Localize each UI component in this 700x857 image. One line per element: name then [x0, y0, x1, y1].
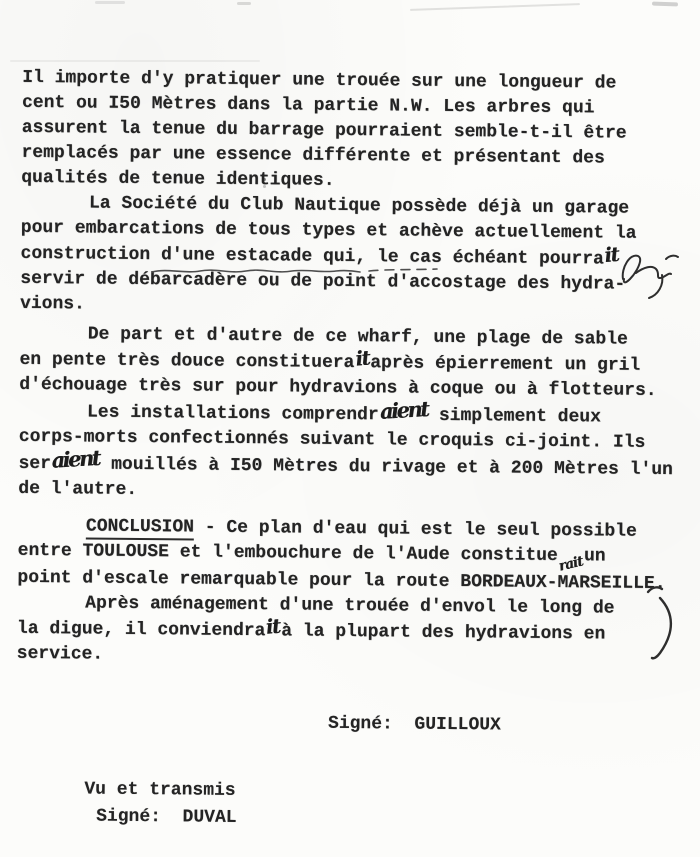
typed-text: qualités de tenue identiques. [21, 168, 334, 191]
typed-text: d'échouage très sur pour hydravions à co… [19, 375, 656, 401]
typed-text: vions. [20, 294, 85, 315]
typed-text: cent ou I50 Mètres dans la partie N.W. L… [22, 93, 595, 118]
typed-text: à la plupart des hydravions en [281, 621, 605, 644]
typed-text-layer: Il importe d'y pratiquer une trouée sur … [0, 0, 700, 857]
scan-artifact [10, 60, 260, 62]
typed-text: Il importe d'y pratiquer une trouée sur … [22, 68, 616, 94]
signature-duval: Signé: DUVAL [96, 805, 237, 831]
signature-guilloux: Signé: GUILLOUX [328, 712, 501, 739]
typed-text: Après aménagement d'une trouée d'envol l… [85, 593, 614, 618]
typed-text: de l'autre. [18, 479, 137, 500]
paragraph: CONCLUSION - Ce plan d'eau qui est le se… [17, 514, 695, 597]
typed-text: assurent la tenue du barrage pourraient … [22, 118, 627, 144]
scan-artifact [652, 2, 678, 7]
paragraph: Il importe d'y pratiquer une trouée sur … [21, 66, 699, 197]
transmittal-note: Vu et transmis [84, 777, 235, 803]
typed-text: un [584, 546, 606, 566]
paragraph: La Société du Club Nautique possède déjà… [20, 191, 698, 323]
underlined-heading: CONCLUSION [86, 516, 194, 540]
typed-text: la digue, il conviendra [17, 619, 266, 641]
typed-text: service. [17, 644, 104, 665]
handwritten-underline-mark [150, 264, 440, 278]
handwritten-margin-note [618, 246, 680, 300]
scan-artifact [237, 2, 251, 5]
body-text: Il importe d'y pratiquer une trouée sur … [17, 66, 700, 673]
handwritten-insertion: it [265, 616, 281, 637]
typed-text: après épierrement un gril [370, 353, 640, 376]
paragraph: Les installations comprendraient simplem… [18, 398, 696, 508]
typed-text: - Ce plan d'eau qui est le seul possible [194, 518, 637, 542]
typed-text: remplacés par une essence différente et … [21, 143, 604, 169]
typed-text: Les installations comprendr [87, 402, 379, 425]
scan-artifact [263, 178, 266, 181]
paragraph: De part et d'autre de ce wharf, une plag… [19, 322, 697, 404]
typed-text: corps-morts confectionnés suivant le cro… [19, 427, 646, 453]
document-page: Il importe d'y pratiquer une trouée sur … [0, 0, 700, 857]
typed-text: simplement deux [428, 406, 601, 428]
scan-artifact [95, 1, 125, 4]
typed-text: La Société du Club Nautique possède déjà… [89, 193, 629, 218]
typed-text: entre TOULOUSE et l'embouchure de l'Aude… [18, 541, 558, 566]
handwritten-insertion: aient [379, 398, 428, 422]
typed-text: pour embarcations de tous types et achèv… [21, 218, 637, 244]
handwritten-parenthesis-mark [645, 585, 679, 667]
handwritten-insertion: it [354, 348, 370, 369]
typed-text: ser [18, 454, 51, 474]
typed-text: en pente très douce constituera [19, 350, 354, 373]
handwritten-insertion: aient [51, 447, 100, 471]
typed-text: mouillés à I50 Mètres du rivage et à 200… [100, 455, 673, 480]
paragraph: Après aménagement d'une trouée d'envol l… [17, 591, 695, 673]
